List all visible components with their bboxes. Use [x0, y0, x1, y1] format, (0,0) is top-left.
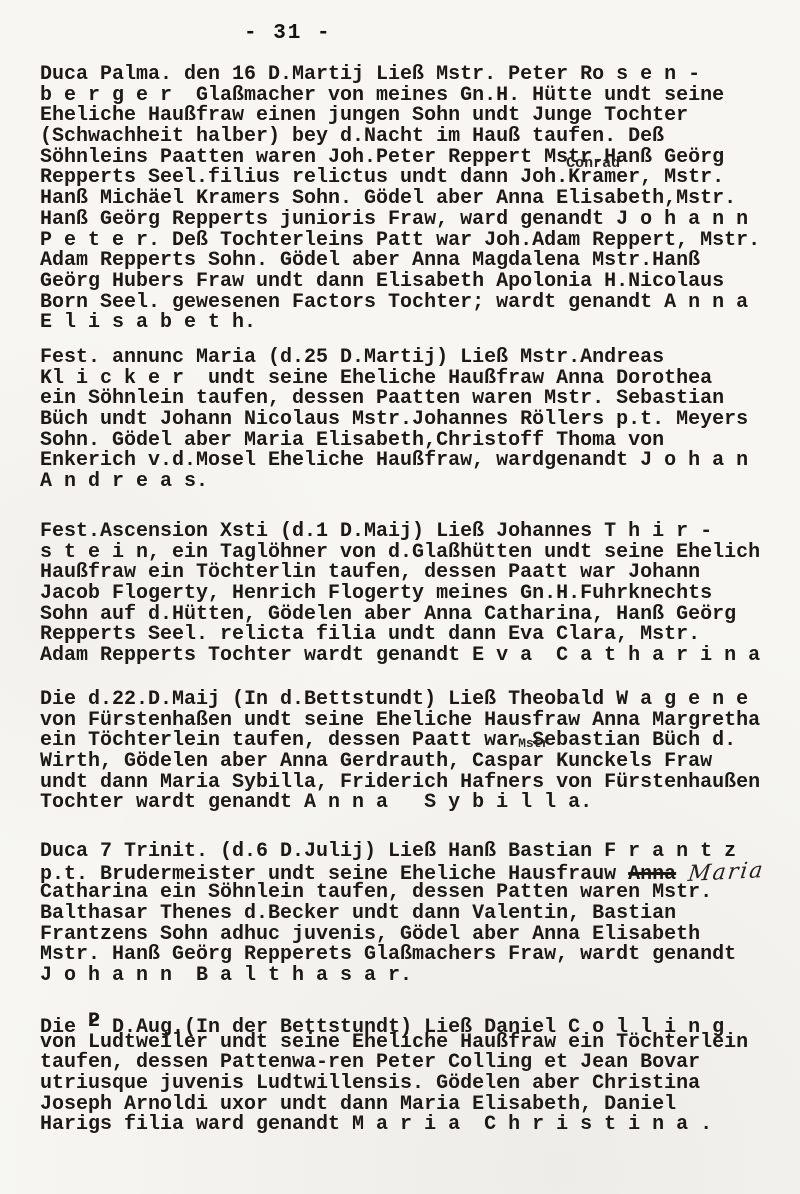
text-line: A n d r e a s.: [40, 472, 788, 493]
text-line: (Schwachheit halber) bey d.Nacht im Hauß…: [40, 127, 788, 148]
text-line: Wirth, Gödelen aber Anna Gerdrauth, Casp…: [40, 752, 788, 773]
text-line: s t e i n, ein Taglöhner von d.Glaßhütte…: [40, 543, 788, 564]
text-line: Born Seel. gewesenen Factors Tochter; wa…: [40, 293, 788, 314]
text-line: Mstr. Hanß Geörg Repperets Glaßmachers F…: [40, 945, 788, 966]
text-line: p.t. Brudermeister undt seine Eheliche H…: [40, 863, 788, 884]
text-line: Repperts Seel. relicta filia undt dann E…: [40, 625, 788, 646]
text-line: Haußfraw ein Töchterlin taufen, dessen P…: [40, 563, 788, 584]
overtype-over: P: [88, 1012, 100, 1033]
text-line: Hanß Geörg Repperts junioris Fraw, ward …: [40, 210, 788, 231]
text-line: Catharina ein Söhnlein taufen, dessen Pa…: [40, 883, 788, 904]
text-line: P e t e r. Deß Tochterleins Patt war Joh…: [40, 231, 788, 252]
inserted-word-above: Conrad: [566, 156, 620, 171]
text-line: Die 2P D.Aug.(In der Bettstundt) Ließ Da…: [40, 1012, 788, 1033]
text-line: E l i s a b e t h.: [40, 313, 788, 334]
text-line: b e r g e r Glaßmacher von meines Gn.H. …: [40, 86, 788, 107]
text-line: utriusque juvenis Ludtwillensis. Gödelen…: [40, 1074, 788, 1095]
text-line: Joseph Arnoldi uxor undt dann Maria Elis…: [40, 1095, 788, 1116]
interlinear-insertion: KramerConrad: [568, 168, 640, 189]
text-line: Sohn. Gödel aber Maria Elisabeth,Christo…: [40, 431, 788, 452]
text-line: Eheliche Haußfraw einen jungen Sohn undt…: [40, 106, 788, 127]
text-line: Fest. annunc Maria (d.25 D.Martij) Ließ …: [40, 348, 788, 369]
text-line: Büch undt Johann Nicolaus Mstr.Johannes …: [40, 410, 788, 431]
text-line: Frantzens Sohn adhuc juvenis, Gödel aber…: [40, 925, 788, 946]
text-line: Harigs filia ward genandt M a r i a C h …: [40, 1115, 788, 1136]
text-line: ein Töchterlein taufen, dessen Paatt war…: [40, 731, 788, 752]
text-line: Hanß Michäel Kramers Sohn. Gödel aber An…: [40, 189, 788, 210]
entry-colling: Die 2P D.Aug.(In der Bettstundt) Ließ Da…: [40, 1012, 788, 1136]
page-number: - 31 -: [244, 22, 332, 45]
text-line: Jacob Flogerty, Henrich Flogerty meines …: [40, 584, 788, 605]
text-line: Enkerich v.d.Mosel Eheliche Haußfraw, wa…: [40, 451, 788, 472]
entry-rosenberger: Duca Palma. den 16 D.Martij Ließ Mstr. P…: [40, 65, 788, 334]
text-line: ein Söhnlein taufen, dessen Paatten ware…: [40, 389, 788, 410]
text-line: Fest.Ascension Xsti (d.1 D.Maij) Ließ Jo…: [40, 522, 788, 543]
text-line: Duca Palma. den 16 D.Martij Ließ Mstr. P…: [40, 65, 788, 86]
text-line: Balthasar Thenes d.Becker undt dann Vale…: [40, 904, 788, 925]
overtyped-character: 2P: [88, 1012, 100, 1032]
text-line: von Ludtweiler undt seine Eheliche Haußf…: [40, 1033, 788, 1054]
entry-wagene: Die d.22.D.Maij (In d.Bettstundt) Ließ T…: [40, 690, 788, 814]
typed-text: , Mstr.: [640, 166, 724, 189]
entry-thirstein: Fest.Ascension Xsti (d.1 D.Maij) Ließ Jo…: [40, 522, 788, 667]
text-line: taufen, dessen Pattenwa-ren Peter Collin…: [40, 1053, 788, 1074]
scanned-register-page: - 31 - Duca Palma. den 16 D.Martij Ließ …: [0, 0, 800, 1194]
text-line: Söhnleins Paatten waren Joh.Peter Repper…: [40, 148, 788, 169]
text-line: Tochter wardt genandt A n n a S y b i l …: [40, 793, 788, 814]
text-line: Adam Repperts Tochter wardt genandt E v …: [40, 646, 788, 667]
text-line: Geörg Hubers Fraw undt dann Elisabeth Ap…: [40, 272, 788, 293]
text-line: Kl i c k e r undt seine Eheliche Haußfra…: [40, 369, 788, 390]
text-line: von Fürstenhaßen undt seine Eheliche Hau…: [40, 711, 788, 732]
text-line: Adam Repperts Sohn. Gödel aber Anna Magd…: [40, 251, 788, 272]
typed-text: ein Töchterlein taufen, dessen Paatt war: [40, 729, 520, 752]
text-line: Sohn auf d.Hütten, Gödelen aber Anna Cat…: [40, 605, 788, 626]
typed-text: Sebastian Büch d.: [520, 729, 736, 752]
text-line: Duca 7 Trinit. (d.6 D.Julij) Ließ Hanß B…: [40, 842, 788, 863]
text-line: Repperts Seel.filius relictus undt dann …: [40, 168, 788, 189]
entry-frantz: Duca 7 Trinit. (d.6 D.Julij) Ließ Hanß B…: [40, 842, 788, 987]
text-line: Die d.22.D.Maij (In d.Bettstundt) Ließ T…: [40, 690, 788, 711]
text-line: undt dann Maria Sybilla, Friderich Hafne…: [40, 773, 788, 794]
handwritten-correction: Maria: [687, 861, 766, 886]
text-line: J o h a n n B a l t h a s a r.: [40, 966, 788, 987]
inserted-word-above: Mstr: [518, 736, 549, 751]
entry-klicker: Fest. annunc Maria (d.25 D.Martij) Ließ …: [40, 348, 788, 493]
typed-text: Repperts Seel.filius relictus undt dann …: [40, 166, 568, 189]
